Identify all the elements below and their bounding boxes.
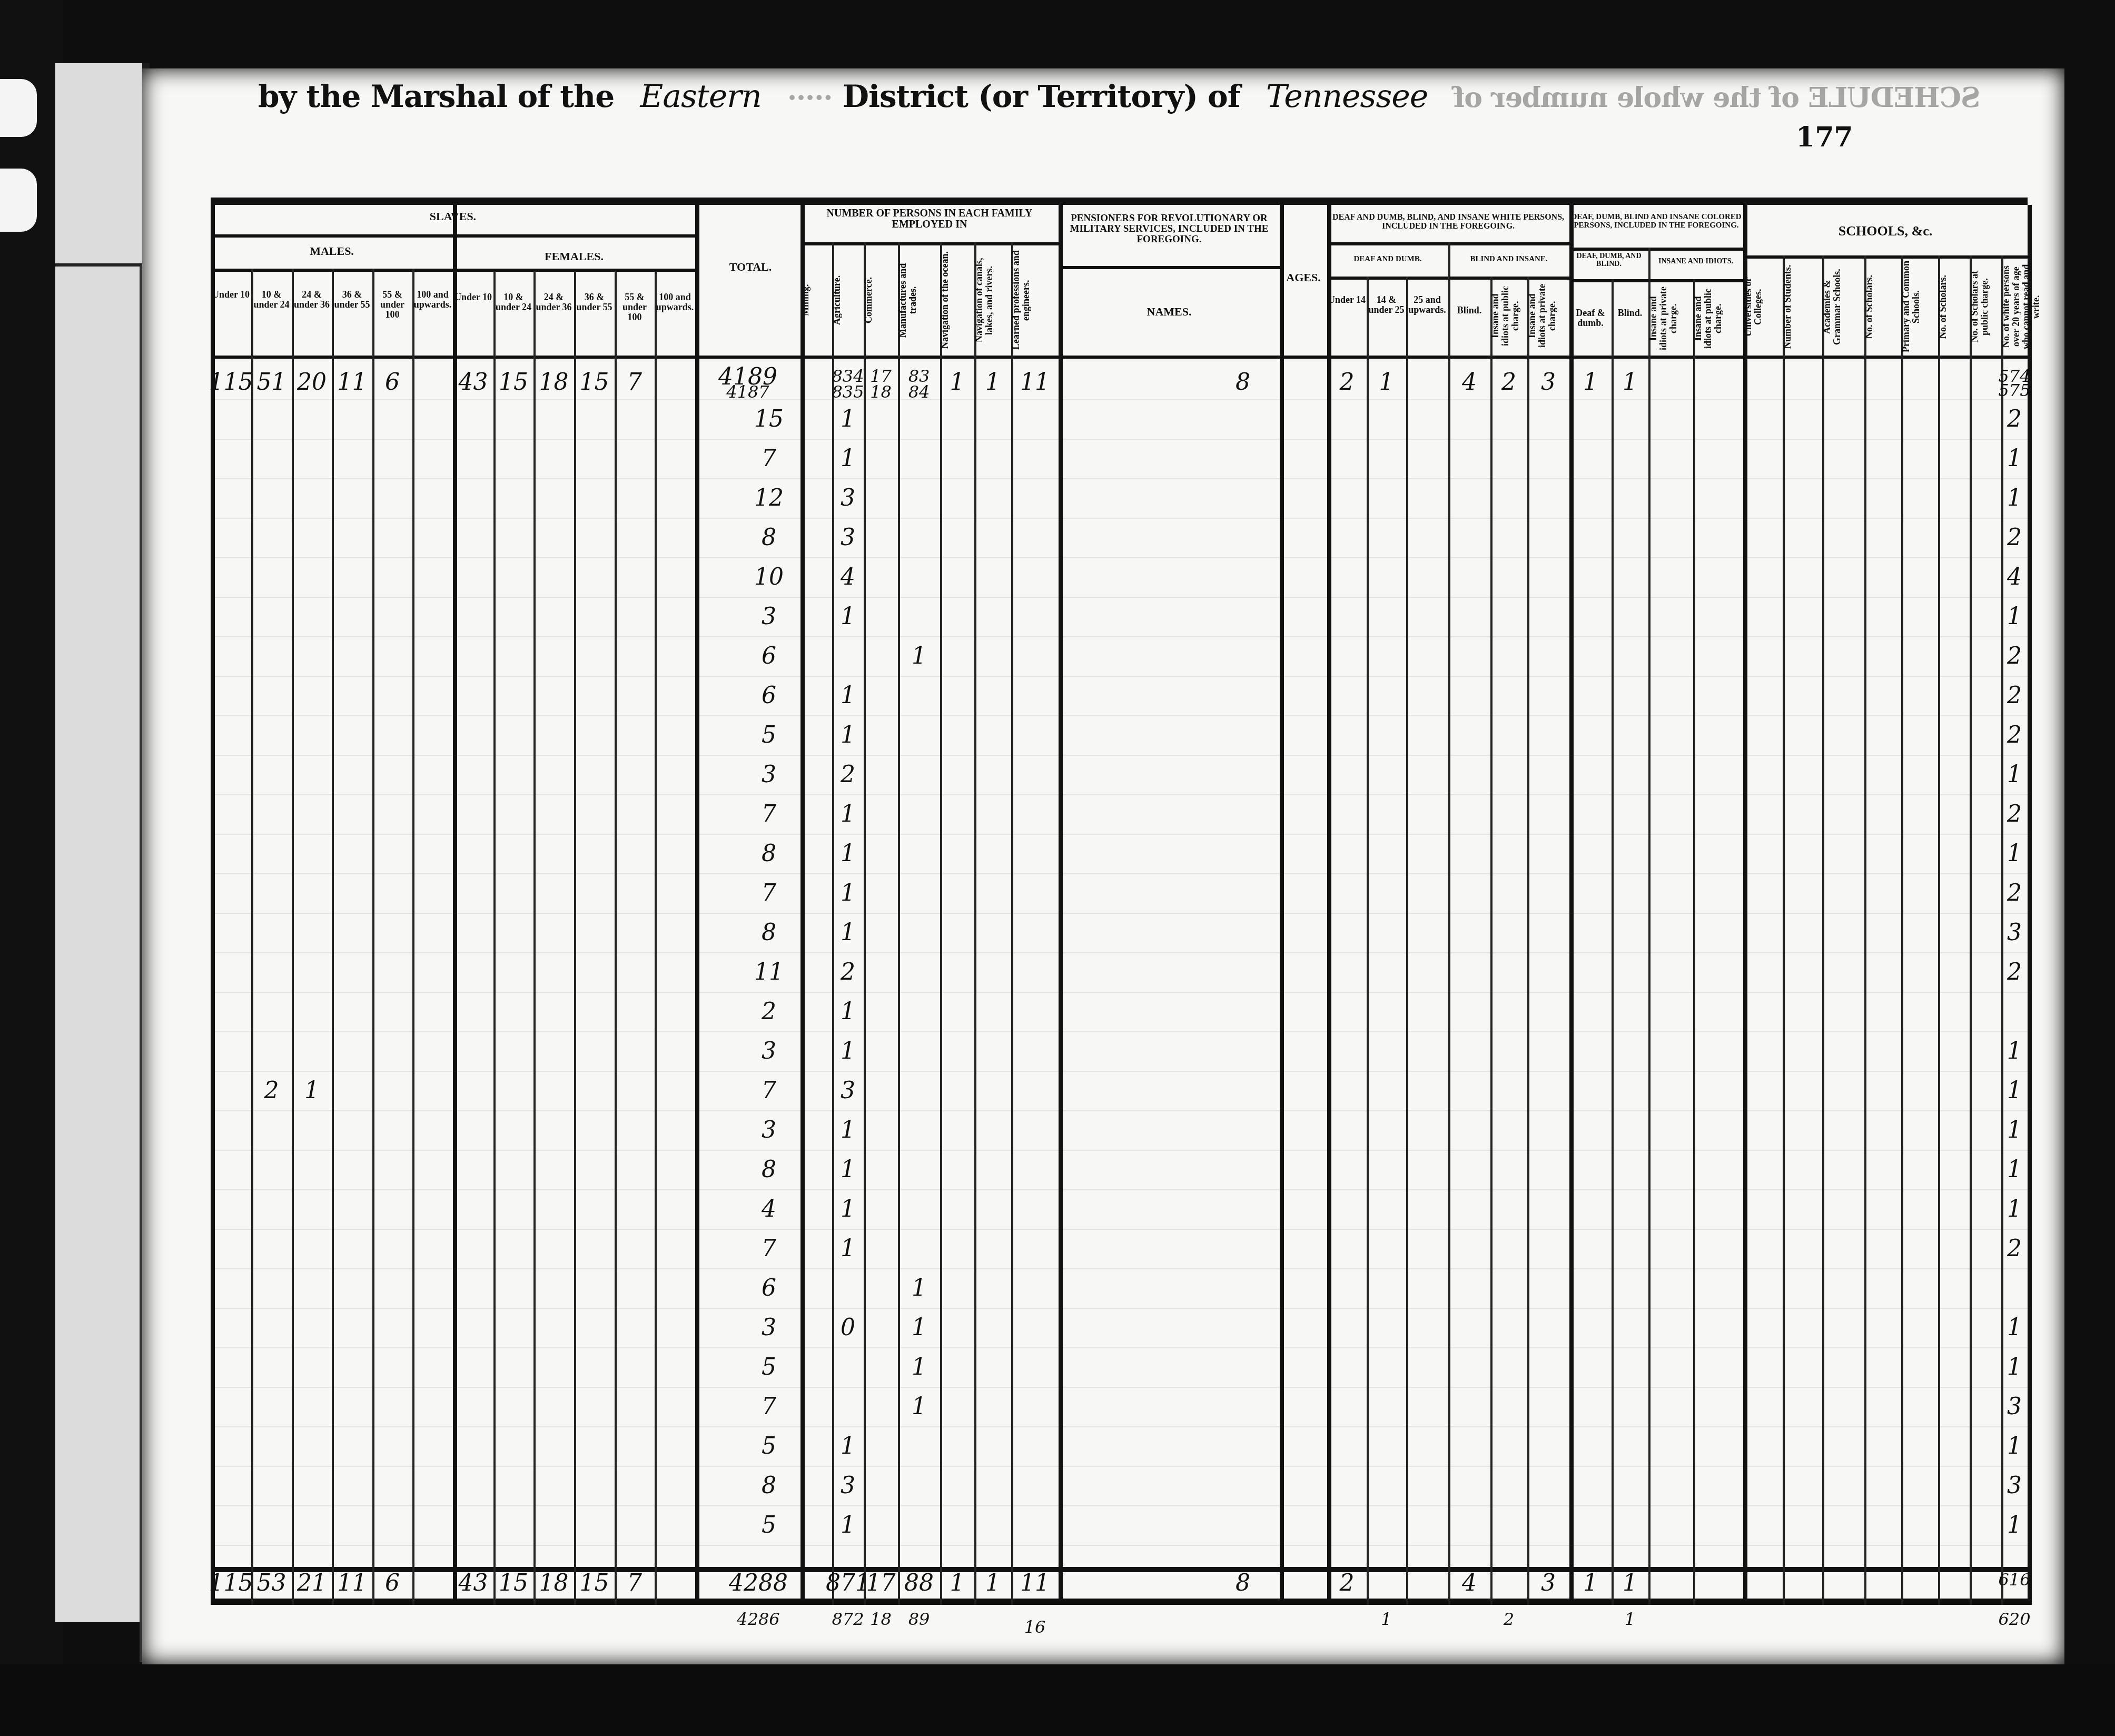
total-slave-male-cell: 6 <box>385 1570 400 1596</box>
agriculture-cell: 1 <box>841 1156 855 1183</box>
below-colored-blind-cell: 1 <box>1625 1609 1635 1629</box>
agriculture-cell: 1 <box>841 1512 855 1538</box>
rule <box>1743 255 2028 259</box>
column-rule <box>1011 242 1013 1605</box>
column-rule <box>1783 255 1785 1605</box>
manufactures-cell: 1 <box>912 643 926 669</box>
slave-male-col-header: 10 & under 24 <box>251 290 292 310</box>
slave-female-col-header: 10 & under 24 <box>493 292 533 312</box>
schools-header: SCHOOLS, &c. <box>1743 224 2028 238</box>
total-slave-female-cell: 7 <box>627 1570 642 1596</box>
colored-deaf-dumb-blind-header: DEAF, DUMB, AND BLIND. <box>1569 253 1648 268</box>
household-total-cell: 7 <box>762 1393 776 1420</box>
column-rule <box>1743 205 1747 1605</box>
column-rule <box>453 205 457 1605</box>
illiterate-cell: 2 <box>2007 1235 2022 1262</box>
column-rule <box>2028 205 2032 1605</box>
total-learned-cell: 11 <box>1020 1570 1050 1596</box>
slave-male-col-header: 100 and upwards. <box>412 290 453 310</box>
column-rule <box>292 269 294 1605</box>
employment-col-header: Agriculture. <box>832 250 864 350</box>
illiterate-cell: 1 <box>2007 840 2022 867</box>
household-total-cell: 7 <box>762 801 776 827</box>
illiterate-cell: 2 <box>2007 406 2022 432</box>
colored-blind-cell: 1 <box>1623 369 1637 396</box>
colored-deaf-cell: 1 <box>1583 369 1598 396</box>
illiterate-cell-alt: 575 <box>1998 380 2030 400</box>
totals-bottom-rule <box>211 1599 2028 1605</box>
white-deaf-dumb-header: DEAF AND DUMB. <box>1327 255 1448 264</box>
learned-cell: 11 <box>1020 369 1050 396</box>
total-illiterate-cell: 616 <box>1998 1570 2030 1590</box>
household-total-cell: 10 <box>754 564 784 590</box>
slave-female-cell: 18 <box>539 369 569 396</box>
colored-deaf-col-header: Blind. <box>1612 308 1648 318</box>
agriculture-cell: 1 <box>841 998 855 1025</box>
ruled-rows <box>211 361 2028 1567</box>
agriculture-cell: 2 <box>841 761 855 788</box>
household-total-cell: 15 <box>754 406 784 432</box>
household-total-cell: 11 <box>754 959 784 985</box>
household-total-cell: 5 <box>762 1512 776 1538</box>
district-handwritten: Eastern <box>640 78 761 115</box>
column-rule <box>1448 242 1450 1605</box>
below-manufactures-cell: 89 <box>908 1609 930 1629</box>
white-blind-cell: 4 <box>1462 369 1477 396</box>
household-total-cell: 2 <box>762 998 776 1025</box>
pensioner-names-header: NAMES. <box>1059 305 1280 318</box>
below-commerce-cell: 18 <box>870 1609 892 1629</box>
illiterate-cell: 1 <box>2007 1117 2022 1143</box>
column-rule <box>1367 277 1369 1605</box>
previous-page-grid <box>55 263 143 1662</box>
column-rule <box>1901 255 1903 1605</box>
title-middle: District (or Territory) of <box>843 78 1240 114</box>
column-rule <box>1059 205 1063 1605</box>
illiterate-cell: 1 <box>2007 1077 2022 1104</box>
agriculture-cell: 1 <box>841 1038 855 1064</box>
rule <box>1569 279 1743 282</box>
scan-bottom-edge <box>0 1664 2115 1736</box>
column-rule <box>1490 277 1493 1605</box>
agriculture-cell: 3 <box>841 524 855 551</box>
slave-male-cell: 51 <box>257 369 286 396</box>
grand-total-cell: 4288 <box>729 1570 788 1596</box>
total-nav-canals-cell: 1 <box>985 1570 1000 1596</box>
column-rule <box>695 205 699 1605</box>
household-total-cell: 8 <box>762 840 776 867</box>
slave-female-cell: 15 <box>499 369 528 396</box>
household-total-cell: 8 <box>762 919 776 946</box>
below-total-cell: 4286 <box>737 1609 779 1629</box>
employment-col-header: Manufactures and trades. <box>898 250 940 350</box>
slave-male-col-header: 24 & under 36 <box>292 290 332 310</box>
slave-female-col-header: 100 and upwards. <box>655 292 695 312</box>
previous-page-edge <box>55 63 150 1622</box>
illiterate-cell: 1 <box>2007 603 2022 630</box>
illiterate-cell: 3 <box>2007 1393 2022 1420</box>
binder-tab <box>0 79 37 137</box>
household-total-cell: 7 <box>762 445 776 472</box>
employment-col-header: Mining. <box>800 250 832 350</box>
schools-col-header: No. of Scholars at public charge. <box>1970 261 2001 353</box>
illiterate-cell: 2 <box>2007 722 2022 748</box>
colored-insane-col-header: Insane and idiots at private charge. <box>1648 284 1693 353</box>
household-total-cell: 4 <box>762 1196 776 1222</box>
below-learned-cell: 16 <box>1024 1617 1046 1637</box>
slave-male-cell: 1 <box>304 1077 319 1104</box>
household-total-cell: 3 <box>762 1117 776 1143</box>
column-rule <box>1612 279 1614 1605</box>
below-white-14-25-cell: 1 <box>1381 1609 1391 1629</box>
illiterate-cell: 1 <box>2007 1512 2022 1538</box>
illiterate-cell: 2 <box>2007 801 2022 827</box>
column-rule <box>1527 277 1529 1605</box>
slave-female-col-header: 55 & under 100 <box>615 292 655 322</box>
total-colored-blind-cell: 1 <box>1623 1570 1637 1596</box>
slave-female-cell: 7 <box>627 369 642 396</box>
agriculture-cell: 4 <box>841 564 855 590</box>
illiterate-cell: 2 <box>2007 643 2022 669</box>
illiterate-cell: 3 <box>2007 919 2022 946</box>
slave-female-cell: 43 <box>459 369 488 396</box>
table-top-rule <box>211 198 2028 205</box>
total-colored-deaf-cell: 1 <box>1583 1570 1598 1596</box>
illiterate-cell: 1 <box>2007 1314 2022 1341</box>
white-blind-insane-header: BLIND AND INSANE. <box>1448 255 1569 264</box>
column-rule <box>1938 255 1940 1605</box>
schools-col-header: Academies & Grammar Schools. <box>1822 261 1864 353</box>
agriculture-cell: 1 <box>841 919 855 946</box>
column-rule <box>1569 205 1574 1605</box>
household-total-cell: 5 <box>762 1433 776 1459</box>
column-rule <box>1693 279 1695 1605</box>
agriculture-cell: 1 <box>841 1196 855 1222</box>
slave-male-cell: 20 <box>297 369 327 396</box>
slave-male-cell: 115 <box>209 369 253 396</box>
white-under14-cell: 2 <box>1340 369 1355 396</box>
employment-col-header: Learned professions and engineers. <box>1011 250 1059 350</box>
household-total-cell: 8 <box>762 524 776 551</box>
total-slave-male-cell: 21 <box>297 1570 327 1596</box>
title-prefix: by the Marshal of the <box>258 78 614 114</box>
slave-male-cell: 2 <box>264 1077 279 1104</box>
schools-col-header: No. of Scholars. <box>1938 261 1970 353</box>
household-total-cell: 5 <box>762 722 776 748</box>
household-total-cell: 7 <box>762 1077 776 1104</box>
schools-col-header: Number of Students. <box>1783 261 1822 353</box>
household-total-cell: 6 <box>762 682 776 709</box>
scan-left-edge <box>0 0 63 1736</box>
agriculture-cell: 1 <box>841 1117 855 1143</box>
illiterate-cell: 1 <box>2007 445 2022 472</box>
column-rule <box>940 242 942 1605</box>
census-table: SLAVES. MALES. FEMALES. TOTAL. NUMBER OF… <box>211 198 2028 1625</box>
illiterate-cell: 1 <box>2007 485 2022 511</box>
household-total-cell: 7 <box>762 1235 776 1262</box>
column-rule <box>493 271 496 1605</box>
agriculture-cell: 3 <box>841 1077 855 1104</box>
nav-ocean-cell: 1 <box>950 369 965 396</box>
illiterate-cell: 4 <box>2007 564 2022 590</box>
column-rule <box>1970 255 1972 1605</box>
total-white-blind-cell: 4 <box>1462 1570 1477 1596</box>
illiterate-cell: 2 <box>2007 682 2022 709</box>
illiterate-cell: 1 <box>2007 1038 2022 1064</box>
household-total-cell: 7 <box>762 880 776 906</box>
bleedthrough-text: ····· <box>787 82 833 114</box>
column-rule <box>974 242 976 1605</box>
pensioners-header: PENSIONERS FOR REVOLUTIONARY OR MILITARY… <box>1059 213 1280 245</box>
slave-female-col-header: 24 & under 36 <box>533 292 574 312</box>
column-rule <box>864 242 866 1605</box>
household-total-cell: 12 <box>754 485 784 511</box>
total-slave-female-cell: 15 <box>499 1570 528 1596</box>
pensioner-age-cell: 8 <box>1236 369 1250 396</box>
total-slave-male-cell: 53 <box>257 1570 286 1596</box>
agriculture-cell: 1 <box>841 722 855 748</box>
agriculture-cell: 1 <box>841 1235 855 1262</box>
manufactures-cell: 1 <box>912 1275 926 1301</box>
household-total-cell: 3 <box>762 603 776 630</box>
illiterate-cell: 2 <box>2007 880 2022 906</box>
column-rule <box>1864 255 1866 1605</box>
illiterate-cell: 1 <box>2007 761 2022 788</box>
illiterate-cell: 2 <box>2007 959 2022 985</box>
illiterate-cell: 1 <box>2007 1196 2022 1222</box>
total-cell-alt: 4187 <box>726 382 769 402</box>
household-total-cell: 8 <box>762 1472 776 1499</box>
column-rule <box>211 205 215 1605</box>
white-insane-col-header: Insane and idiots at private charge. <box>1527 282 1569 350</box>
agriculture-cell: 1 <box>841 840 855 867</box>
state-handwritten: Tennessee <box>1266 78 1428 115</box>
agriculture-cell-alt: 835 <box>832 382 864 402</box>
rule <box>1569 248 1743 251</box>
employment-header: NUMBER OF PERSONS IN EACH FAMILY EMPLOYE… <box>800 208 1059 230</box>
household-total-cell: 6 <box>762 1275 776 1301</box>
agriculture-cell: 2 <box>841 959 855 985</box>
agriculture-cell: 1 <box>841 445 855 472</box>
total-slave-female-cell: 43 <box>459 1570 488 1596</box>
agriculture-cell: 0 <box>841 1314 855 1341</box>
agriculture-cell: 3 <box>841 1472 855 1499</box>
employment-col-header: Commerce. <box>864 250 898 350</box>
household-total-cell: 3 <box>762 1038 776 1064</box>
illiterate-cell: 1 <box>2007 1354 2022 1380</box>
household-total-cell: 6 <box>762 643 776 669</box>
slave-male-col-header: 36 & under 55 <box>332 290 372 310</box>
white-blind-col-header: Blind. <box>1448 305 1490 315</box>
column-rule <box>412 269 414 1605</box>
agriculture-cell: 1 <box>841 880 855 906</box>
illiterate-cell: 1 <box>2007 1433 2022 1459</box>
employment-col-header: Navigation of the ocean. <box>940 250 974 350</box>
column-rule <box>1280 205 1284 1605</box>
white-deaf-col-header: 14 & under 25 <box>1367 295 1406 315</box>
commerce-cell-alt: 18 <box>870 382 892 402</box>
column-rule <box>372 269 374 1605</box>
rule <box>1059 266 1280 269</box>
total-white-insane-private-cell: 3 <box>1541 1570 1556 1596</box>
total-manufactures-cell: 88 <box>904 1570 934 1596</box>
column-rule <box>832 242 834 1605</box>
white-deaf-col-header: Under 14 <box>1327 295 1367 305</box>
manufactures-cell-alt: 84 <box>908 382 930 402</box>
below-agriculture-cell: 872 <box>832 1609 864 1629</box>
manufactures-cell: 1 <box>912 1393 926 1420</box>
column-rule <box>1327 205 1331 1605</box>
total-white-under14-cell: 2 <box>1340 1570 1355 1596</box>
household-total-cell: 3 <box>762 761 776 788</box>
schools-col-header: No. of Scholars. <box>1864 261 1901 353</box>
white-disabled-header: DEAF AND DUMB, BLIND, AND INSANE WHITE P… <box>1327 213 1569 231</box>
slave-female-col-header: Under 10 <box>453 292 493 302</box>
colored-deaf-col-header: Deaf & dumb. <box>1569 308 1612 328</box>
illiterate-cell: 3 <box>2007 1472 2022 1499</box>
white-insane-col-header: Insane and idiots at public charge. <box>1490 282 1527 350</box>
agriculture-cell: 3 <box>841 485 855 511</box>
manufactures-cell: 1 <box>912 1314 926 1341</box>
slave-female-cell: 15 <box>580 369 609 396</box>
nav-canals-cell: 1 <box>985 369 1000 396</box>
slave-male-col-header: Under 10 <box>211 290 251 300</box>
slave-male-col-header: 55 & under 100 <box>372 290 412 320</box>
total-header: TOTAL. <box>700 261 800 273</box>
slave-female-col-header: 36 & under 55 <box>574 292 615 312</box>
header-bottom-rule <box>211 356 2028 359</box>
pensioner-ages-header: AGES. <box>1280 271 1327 283</box>
total-slave-male-cell: 11 <box>338 1570 367 1596</box>
total-slave-male-cell: 115 <box>209 1570 253 1596</box>
manufactures-cell: 1 <box>912 1354 926 1380</box>
slaves-males-header: MALES. <box>211 245 453 257</box>
total-slave-female-cell: 18 <box>539 1570 569 1596</box>
white-insane-private-cell: 3 <box>1541 369 1556 396</box>
column-rule <box>574 271 576 1605</box>
binder-tab <box>0 169 37 232</box>
column-rule <box>615 271 617 1605</box>
total-pensioner-age-cell: 8 <box>1236 1570 1250 1596</box>
column-rule <box>2001 255 2003 1605</box>
agriculture-cell: 1 <box>841 406 855 432</box>
rule <box>800 242 1059 245</box>
mirrored-bleedthrough: SCHEDULE of the whole number of <box>1454 82 1980 114</box>
total-agriculture-cell: 871 <box>826 1570 870 1596</box>
agriculture-cell: 1 <box>841 1433 855 1459</box>
column-rule <box>533 271 536 1605</box>
column-rule <box>1406 277 1408 1605</box>
colored-insane-col-header: Insane and idiots at public charge. <box>1693 284 1743 353</box>
column-rule <box>332 269 334 1605</box>
household-total-cell: 5 <box>762 1354 776 1380</box>
slave-male-cell: 11 <box>338 369 367 396</box>
below-illiterate-cell: 620 <box>1998 1609 2030 1629</box>
illiterate-cell: 2 <box>2007 524 2022 551</box>
white-deaf-col-header: 25 and upwards. <box>1406 295 1448 315</box>
agriculture-cell: 1 <box>841 682 855 709</box>
household-total-cell: 3 <box>762 1314 776 1341</box>
slaves-females-header: FEMALES. <box>453 250 695 262</box>
column-rule <box>655 271 657 1605</box>
below-white-insane-public-cell: 2 <box>1504 1609 1514 1629</box>
illiterate-cell: 1 <box>2007 1156 2022 1183</box>
colored-disabled-header: DEAF, DUMB, BLIND AND INSANE COLORED PER… <box>1569 213 1743 230</box>
total-nav-ocean-cell: 1 <box>950 1570 965 1596</box>
agriculture-cell: 1 <box>841 603 855 630</box>
column-rule <box>898 242 900 1605</box>
total-commerce-cell: 17 <box>866 1570 896 1596</box>
agriculture-cell: 1 <box>841 801 855 827</box>
column-rule <box>1822 255 1824 1605</box>
household-total-cell: 8 <box>762 1156 776 1183</box>
page-number: 177 <box>1796 121 1853 153</box>
colored-insane-idiots-header: INSANE AND IDIOTS. <box>1648 258 1743 266</box>
total-slave-female-cell: 15 <box>580 1570 609 1596</box>
schools-col-header: Universities or Colleges. <box>1743 261 1783 353</box>
employment-col-header: Navigation of canals, lakes, and rivers. <box>974 250 1011 350</box>
column-rule <box>1648 248 1651 1605</box>
column-rule <box>800 205 805 1605</box>
schools-col-header: No. of white persons over 20 years of ag… <box>2001 261 2028 353</box>
schools-col-header: Primary and Common Schools. <box>1901 261 1938 353</box>
column-rule <box>251 269 253 1605</box>
slave-male-cell: 6 <box>385 369 400 396</box>
page-title: by the Marshal of the Eastern ····· Dist… <box>258 78 1981 115</box>
white-insane-public-cell: 2 <box>1501 369 1516 396</box>
white-14-25-cell: 1 <box>1379 369 1394 396</box>
